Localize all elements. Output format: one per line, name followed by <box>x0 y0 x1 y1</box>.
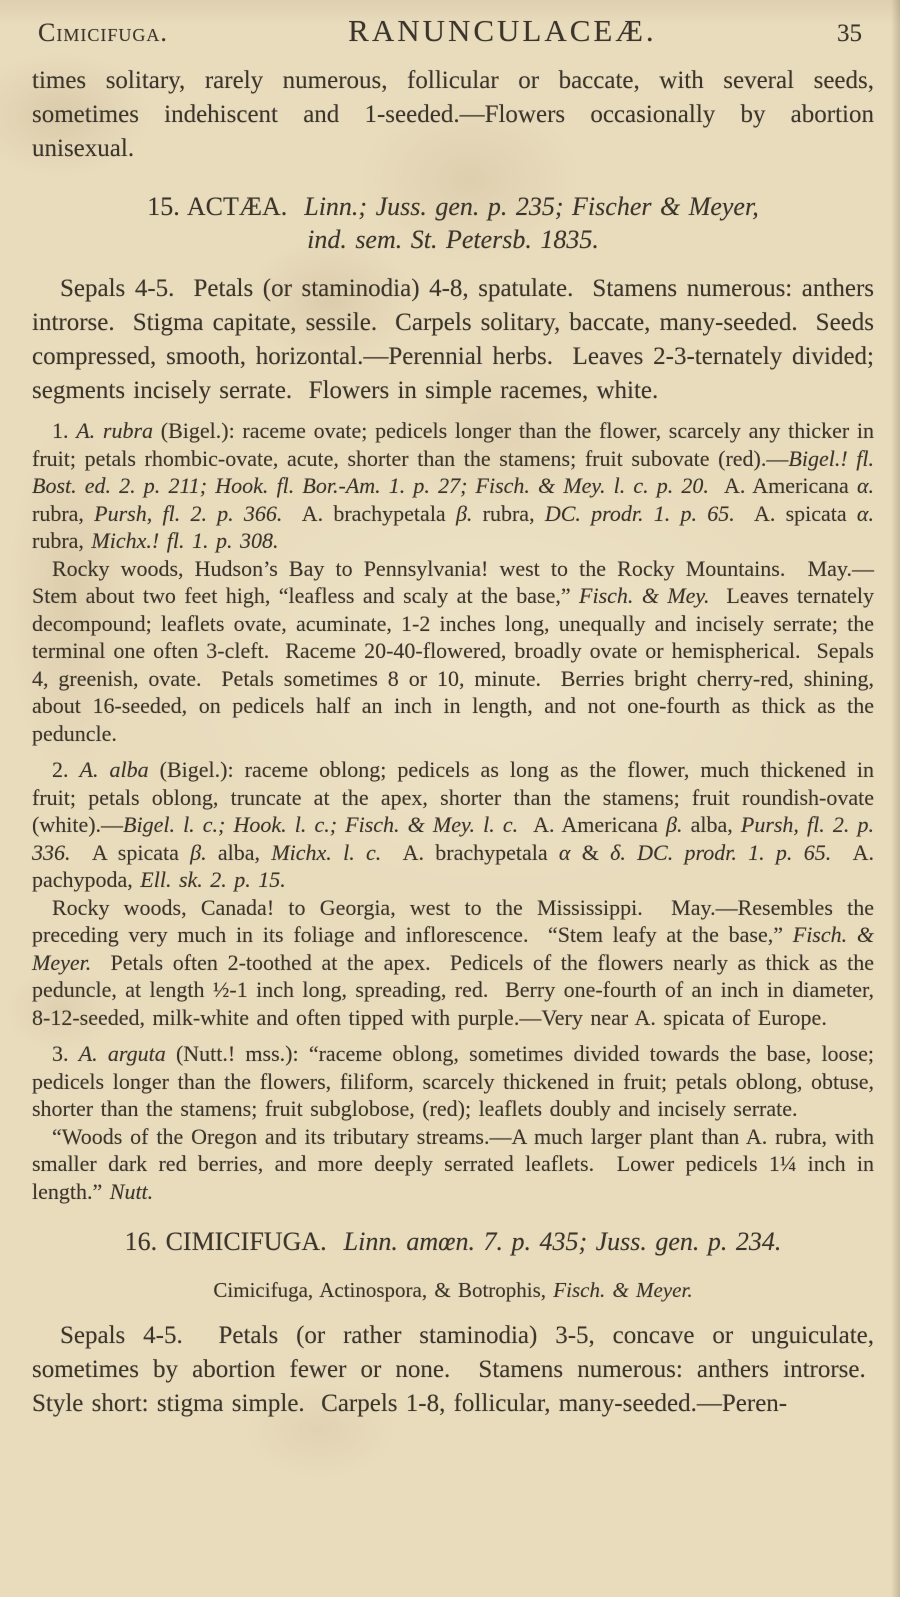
running-header-family-title: RANUNCULACEÆ. <box>348 13 657 49</box>
page-number: 35 <box>837 20 862 48</box>
book-page: Cimicifuga. RANUNCULACEÆ. 35 times solit… <box>0 0 900 1597</box>
species-entry-a-rubra: 1. A. rubra (Bigel.): raceme ovate; pedi… <box>32 417 874 555</box>
genus-cimicifuga-description: Sepals 4-5. Petals (or rather staminodia… <box>32 1319 874 1421</box>
page-body: times solitary, rarely numerous, follicu… <box>0 64 900 1421</box>
genus-heading-actaea-citation: ind. sem. St. Petersb. 1835. <box>32 223 874 256</box>
species-notes-a-arguta: “Woods of the Oregon and its tributary s… <box>32 1123 874 1206</box>
genus-cimicifuga-synonyms: Cimicifuga, Actinospora, & Botrophis, Fi… <box>32 1273 874 1307</box>
genus-heading-actaea: 15. ACTÆA. Linn.; Juss. gen. p. 235; Fis… <box>32 190 874 223</box>
species-notes-a-rubra: Rocky woods, Hudson’s Bay to Pennsylvani… <box>32 555 874 748</box>
species-entry-a-arguta: 3. A. arguta (Nutt.! mss.): “raceme oblo… <box>32 1040 874 1123</box>
genus-actaea-description: Sepals 4-5. Petals (or staminodia) 4-8, … <box>32 272 874 408</box>
species-notes-a-alba: Rocky woods, Canada! to Georgia, west to… <box>32 894 874 1032</box>
species-entry-a-alba: 2. A. alba (Bigel.): raceme oblong; pedi… <box>32 756 874 894</box>
running-header: Cimicifuga. RANUNCULACEÆ. 35 <box>0 0 900 49</box>
genus-heading-cimicifuga: 16. CIMICIFUGA. Linn. amœn. 7. p. 435; J… <box>32 1225 874 1259</box>
paragraph-intro-continuation: times solitary, rarely numerous, follicu… <box>32 64 874 166</box>
running-header-genus: Cimicifuga. <box>38 18 168 48</box>
